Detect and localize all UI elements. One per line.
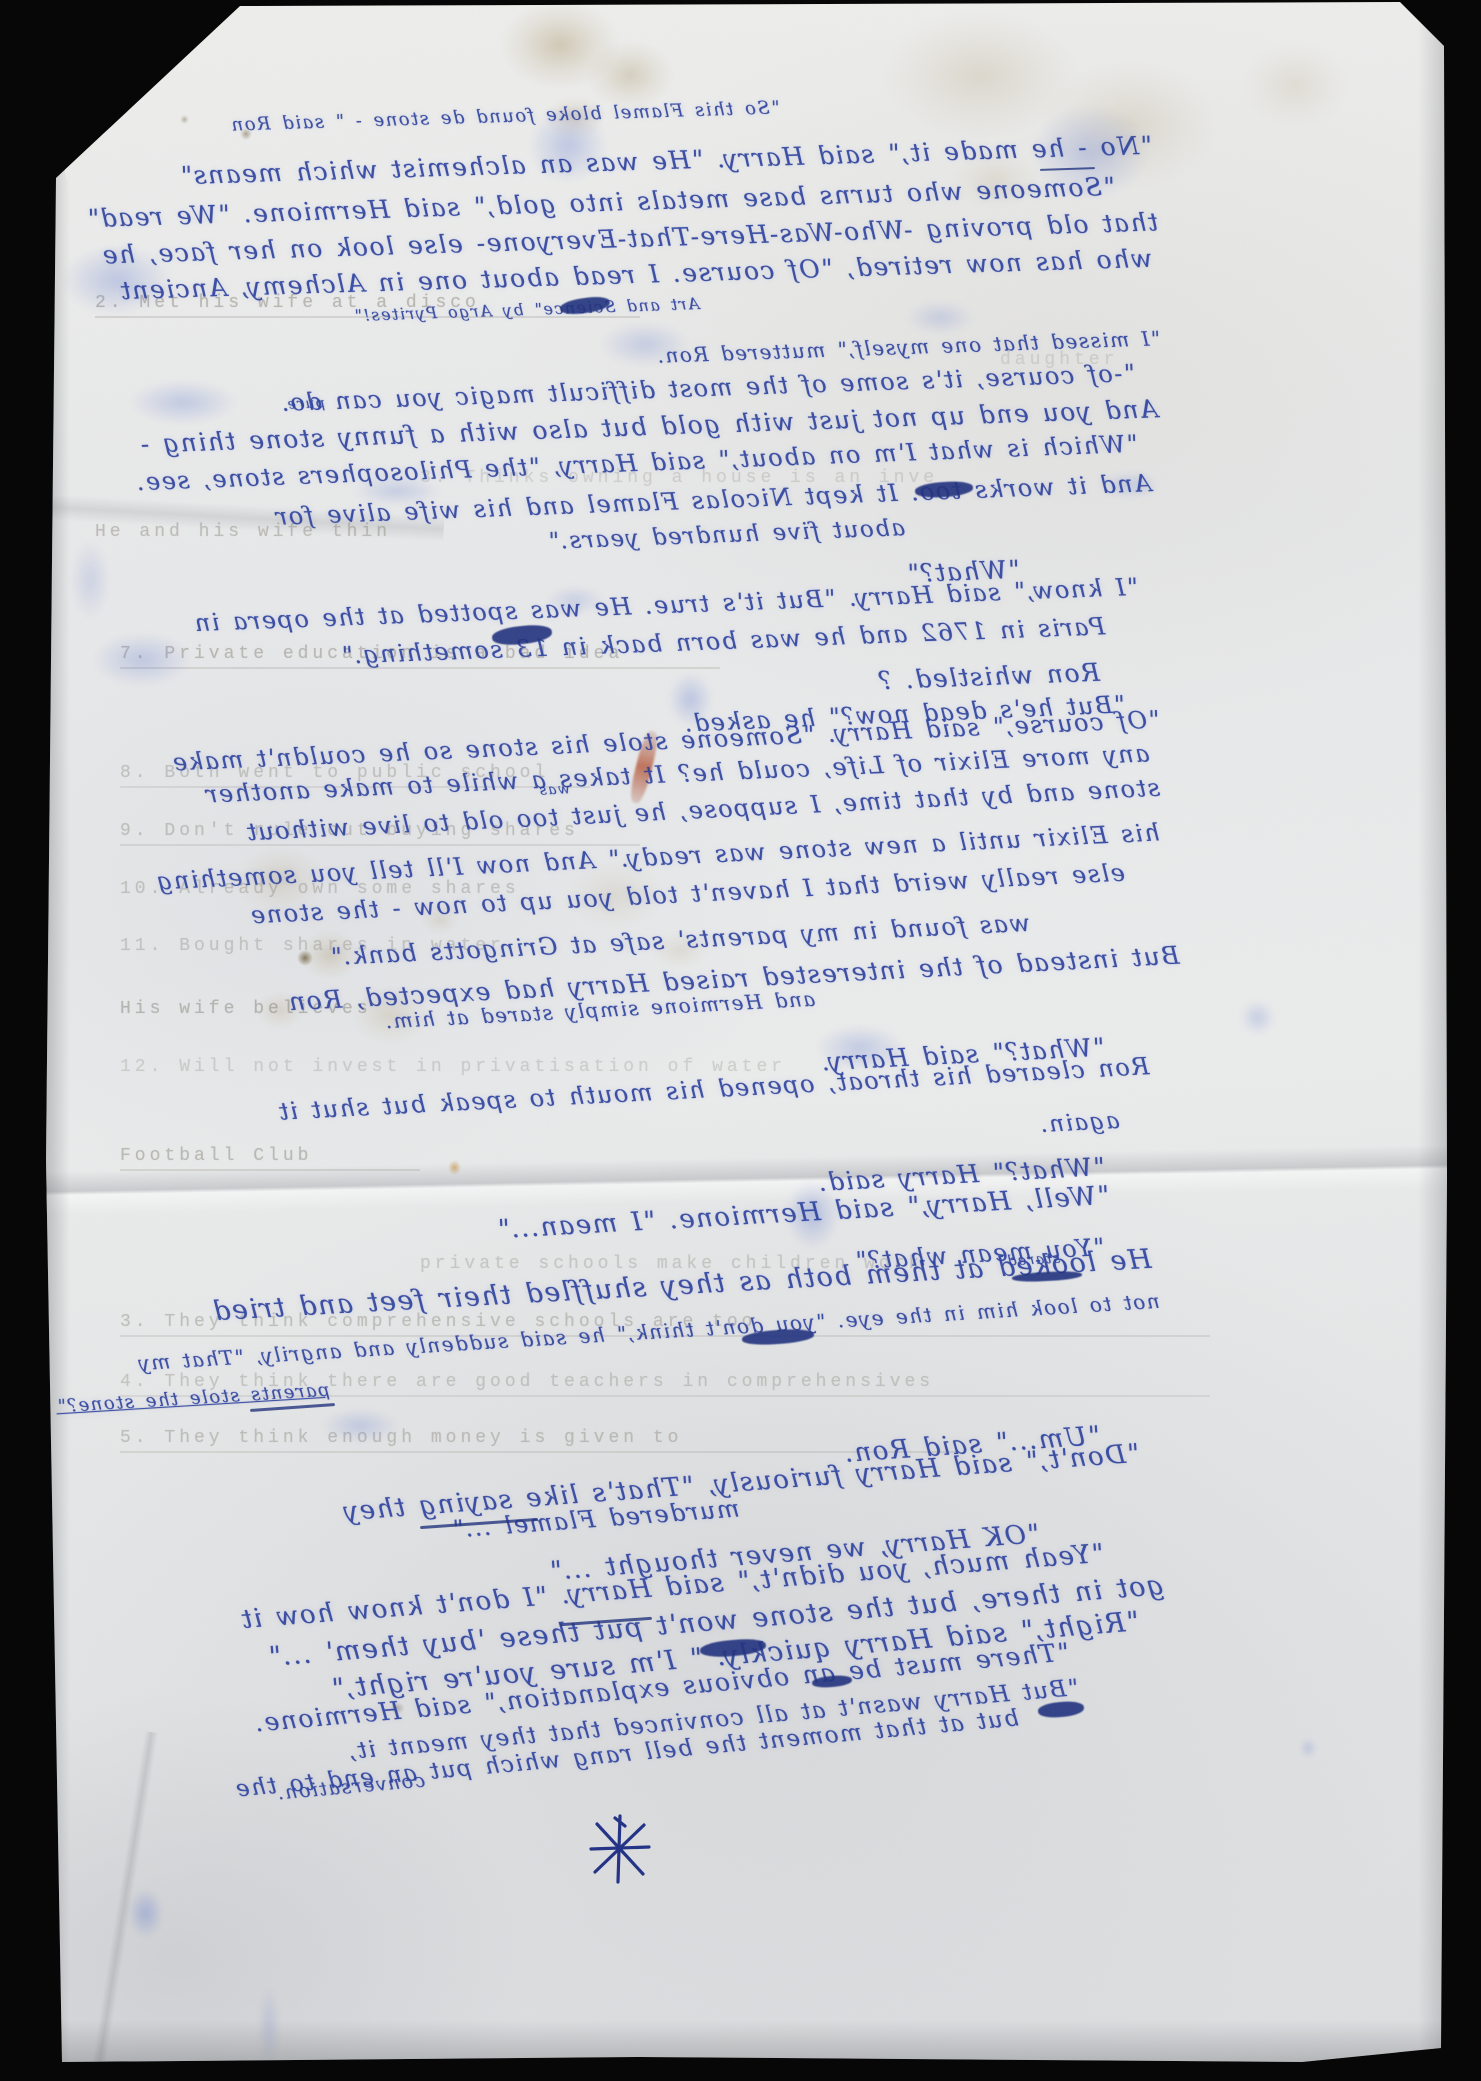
paper-sheet: 2. Met his wife at a discodaughter3. Thi…: [0, 0, 1481, 2081]
handwritten-line: about five hundred years.": [546, 515, 905, 555]
asterisk-doodle: [585, 1812, 655, 1886]
handwritten-line: Ron whistled. ?: [877, 658, 1101, 696]
scan-background: 2. Met his wife at a discodaughter3. Thi…: [0, 0, 1481, 2081]
handwritten-line: "Well, Harry," said Hermione. "I mean...…: [496, 1181, 1110, 1245]
handwritten-line: pure: [286, 395, 326, 412]
handwritten-line: Ron cleared his throat, opened his mouth…: [277, 1052, 1150, 1126]
handwritten-line: again.: [1039, 1108, 1121, 1138]
handwritten-line: parents stole the stone?": [56, 1380, 331, 1418]
handwritten-line: Art and Science" by Argo Pyrites!": [353, 294, 700, 325]
handwritten-line: was: [538, 781, 571, 798]
handwritten-line: "So this Flamel bloke found de stone - "…: [230, 97, 780, 135]
handwriting-layer: "So this Flamel bloke found de stone - "…: [60, 0, 1160, 2081]
